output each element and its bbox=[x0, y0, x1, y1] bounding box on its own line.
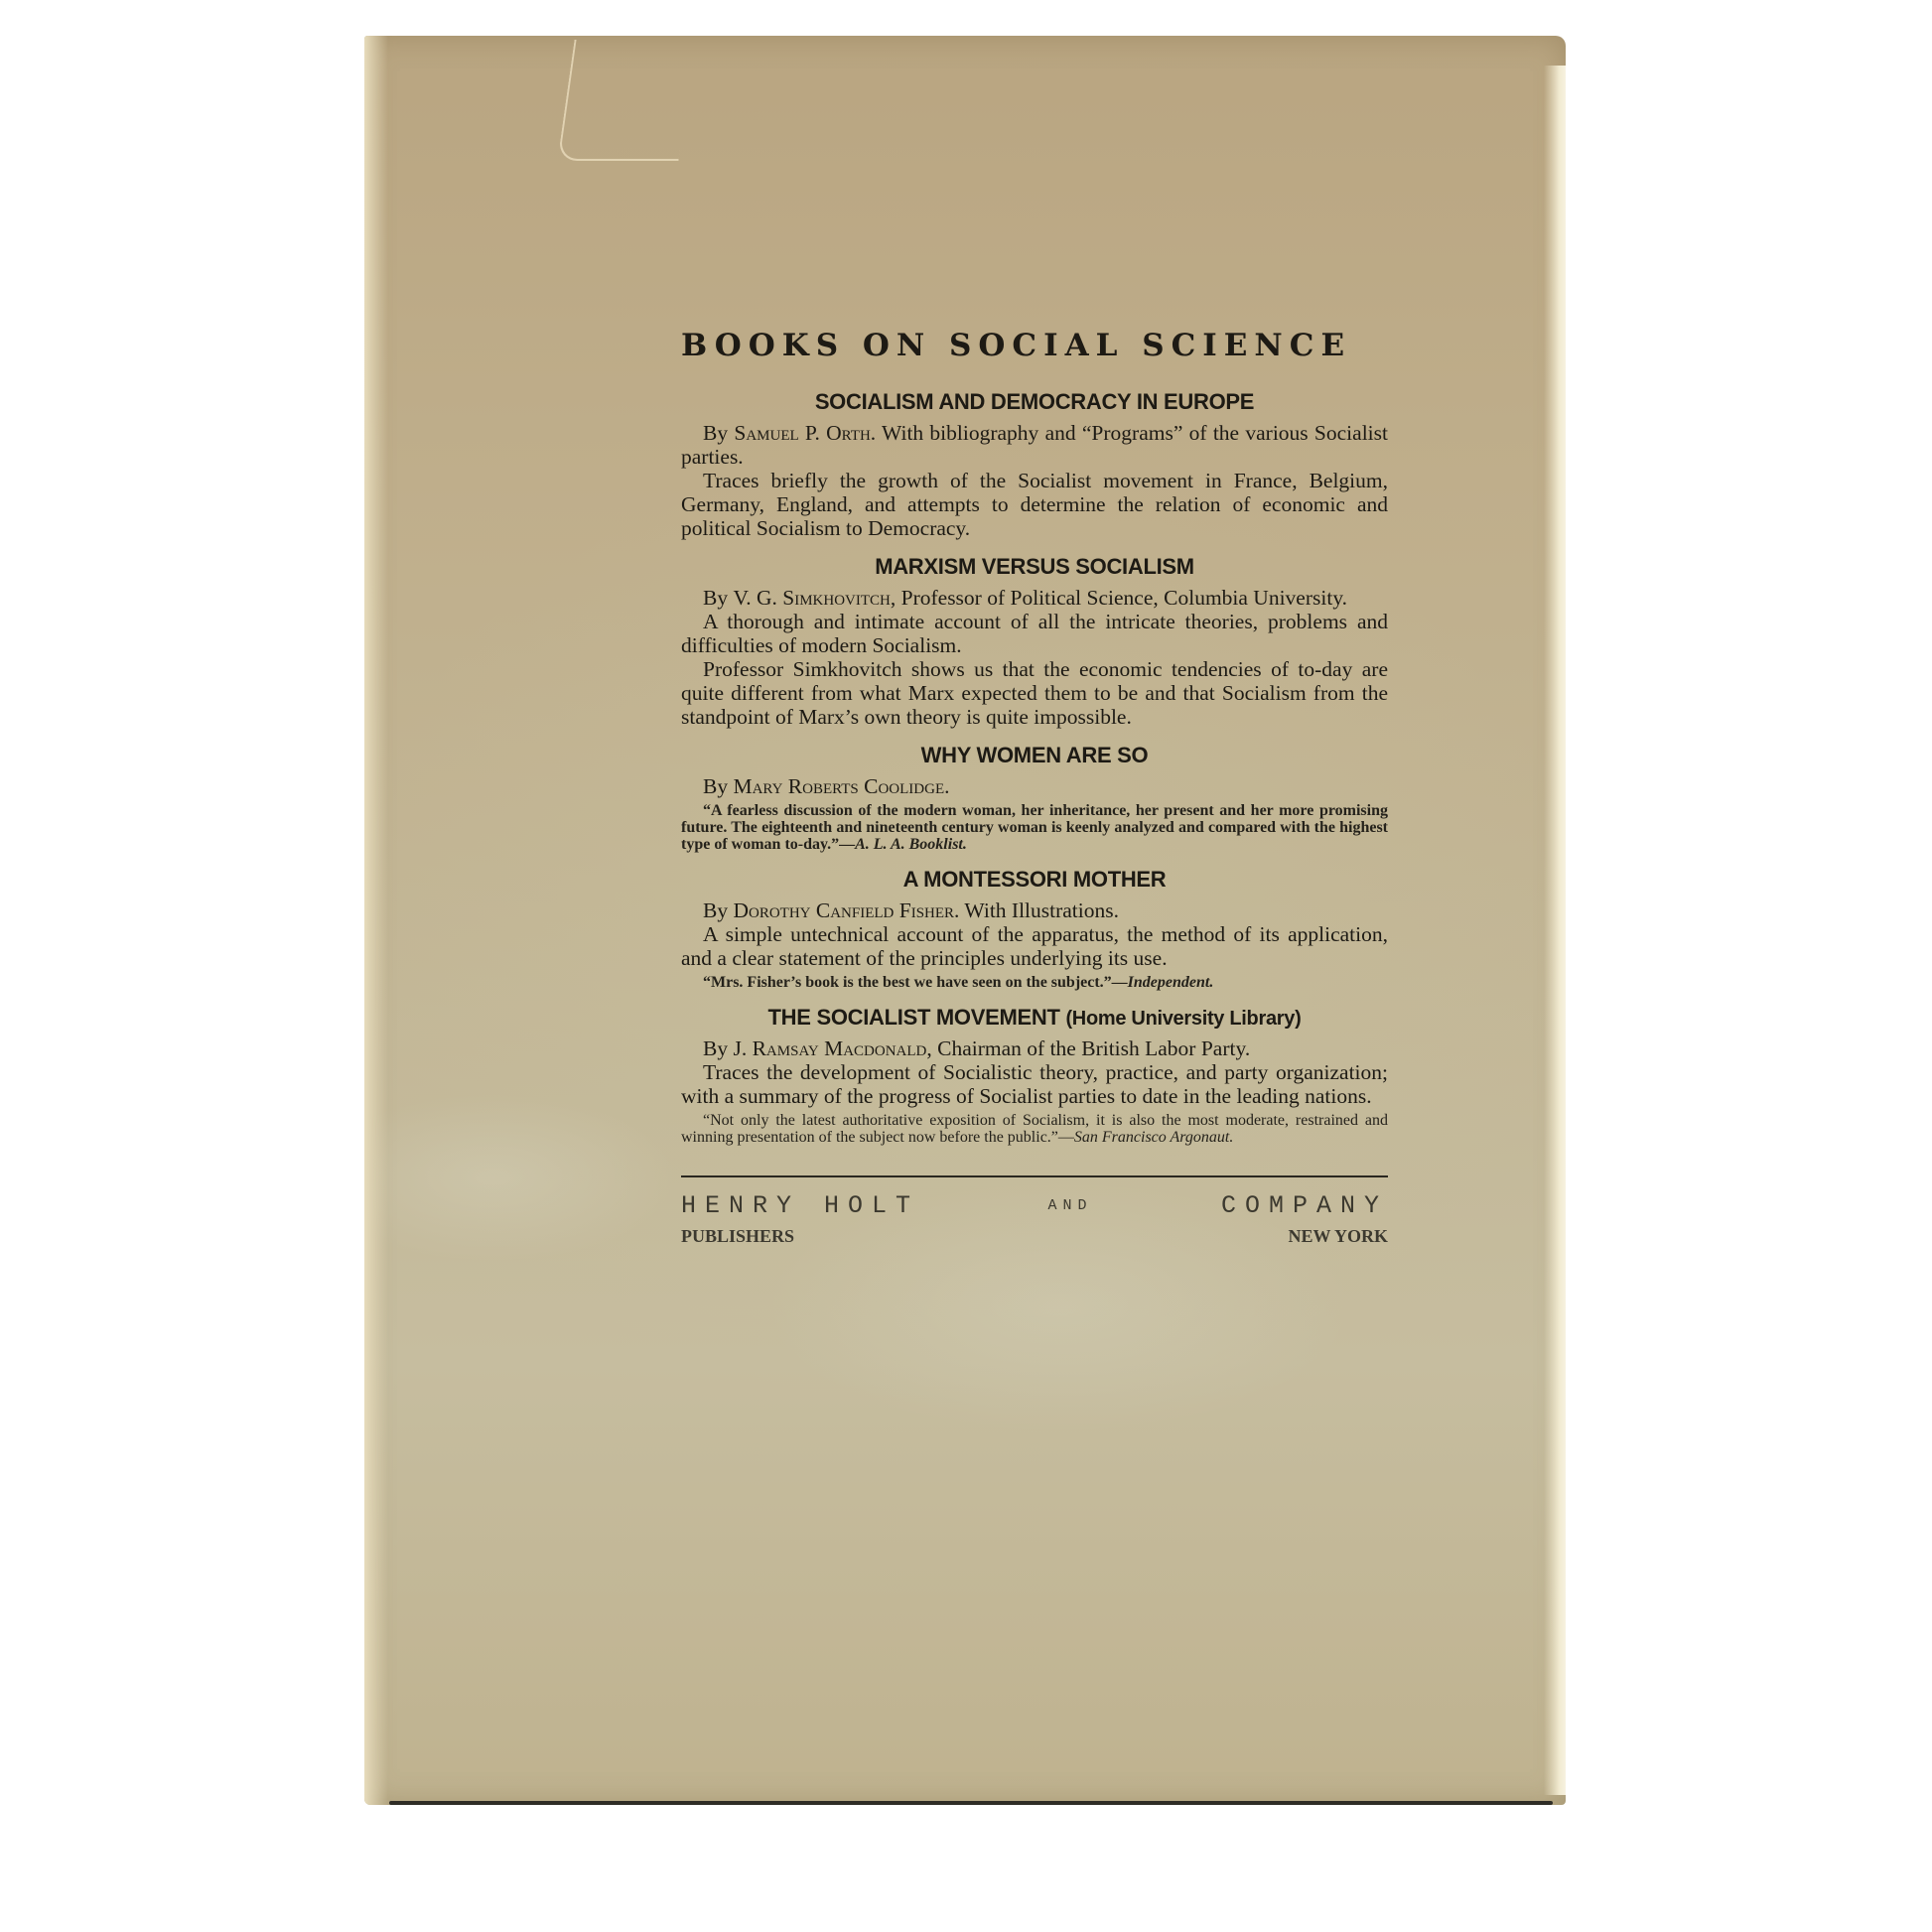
publisher-name: HENRY HOLT AND COMPANY bbox=[681, 1191, 1388, 1220]
divider-rule bbox=[681, 1175, 1388, 1177]
quote-source: San Francisco Argonaut. bbox=[1074, 1129, 1233, 1146]
book-title: THE SOCIALIST MOVEMENT (Home University … bbox=[681, 1005, 1388, 1031]
author-name: Samuel P. Orth bbox=[734, 421, 870, 445]
book-bottom-edge bbox=[389, 1801, 1553, 1805]
book-description: Traces briefly the growth of the Sociali… bbox=[681, 469, 1388, 540]
review-quote: “Not only the latest authoritative expos… bbox=[681, 1112, 1388, 1146]
book-entry-socialist-movement: THE SOCIALIST MOVEMENT (Home University … bbox=[681, 1005, 1388, 1146]
publisher-label: PUBLISHERS bbox=[681, 1226, 794, 1247]
jacket-crease bbox=[557, 40, 695, 161]
book-entry-marxism-socialism: MARXISM VERSUS SOCIALISM By V. G. Simkho… bbox=[681, 554, 1388, 729]
advertisement-text-block: BOOKS ON SOCIAL SCIENCE SOCIALISM AND DE… bbox=[681, 328, 1388, 1247]
quote-source: A. L. A. Booklist. bbox=[855, 836, 967, 853]
book-entry-why-women: WHY WOMEN ARE SO By Mary Roberts Coolidg… bbox=[681, 743, 1388, 853]
page-heading: BOOKS ON SOCIAL SCIENCE bbox=[681, 328, 1388, 363]
book-title: A MONTESSORI MOTHER bbox=[681, 867, 1388, 893]
book-byline: By Dorothy Canfield Fisher. With Illustr… bbox=[681, 898, 1388, 922]
author-name: Dorothy Canfield Fisher bbox=[733, 898, 954, 922]
publisher-city: NEW YORK bbox=[1288, 1226, 1388, 1247]
quote-source: Independent. bbox=[1128, 974, 1214, 991]
book-byline: By Mary Roberts Coolidge. bbox=[681, 774, 1388, 798]
author-name: J. Ramsay Macdonald bbox=[733, 1036, 926, 1060]
book-entry-socialism-democracy: SOCIALISM AND DEMOCRACY IN EUROPE By Sam… bbox=[681, 389, 1388, 540]
book-title: WHY WOMEN ARE SO bbox=[681, 743, 1388, 768]
book-description: Traces the development of Socialistic th… bbox=[681, 1060, 1388, 1108]
book-description-2: Professor Simkhovitch shows us that the … bbox=[681, 657, 1388, 729]
publisher-info: PUBLISHERS NEW YORK bbox=[681, 1226, 1388, 1247]
book-byline: By V. G. Simkhovitch, Professor of Polit… bbox=[681, 586, 1388, 610]
review-quote: “Mrs. Fisher’s book is the best we have … bbox=[681, 974, 1388, 991]
book-title: MARXISM VERSUS SOCIALISM bbox=[681, 554, 1388, 580]
review-quote: “A fearless discussion of the modern wom… bbox=[681, 802, 1388, 853]
book-series: (Home University Library) bbox=[1065, 1008, 1301, 1030]
book-description: A thorough and intimate account of all t… bbox=[681, 610, 1388, 657]
book-entry-montessori: A MONTESSORI MOTHER By Dorothy Canfield … bbox=[681, 867, 1388, 991]
book-description: A simple untechnical account of the appa… bbox=[681, 922, 1388, 970]
book-byline: By J. Ramsay Macdonald, Chairman of the … bbox=[681, 1036, 1388, 1060]
author-name: Mary Roberts Coolidge bbox=[733, 774, 944, 798]
book-byline: By Samuel P. Orth. With bibliography and… bbox=[681, 421, 1388, 469]
book-title: SOCIALISM AND DEMOCRACY IN EUROPE bbox=[681, 389, 1388, 415]
author-name: V. G. Simkhovitch bbox=[733, 586, 890, 610]
